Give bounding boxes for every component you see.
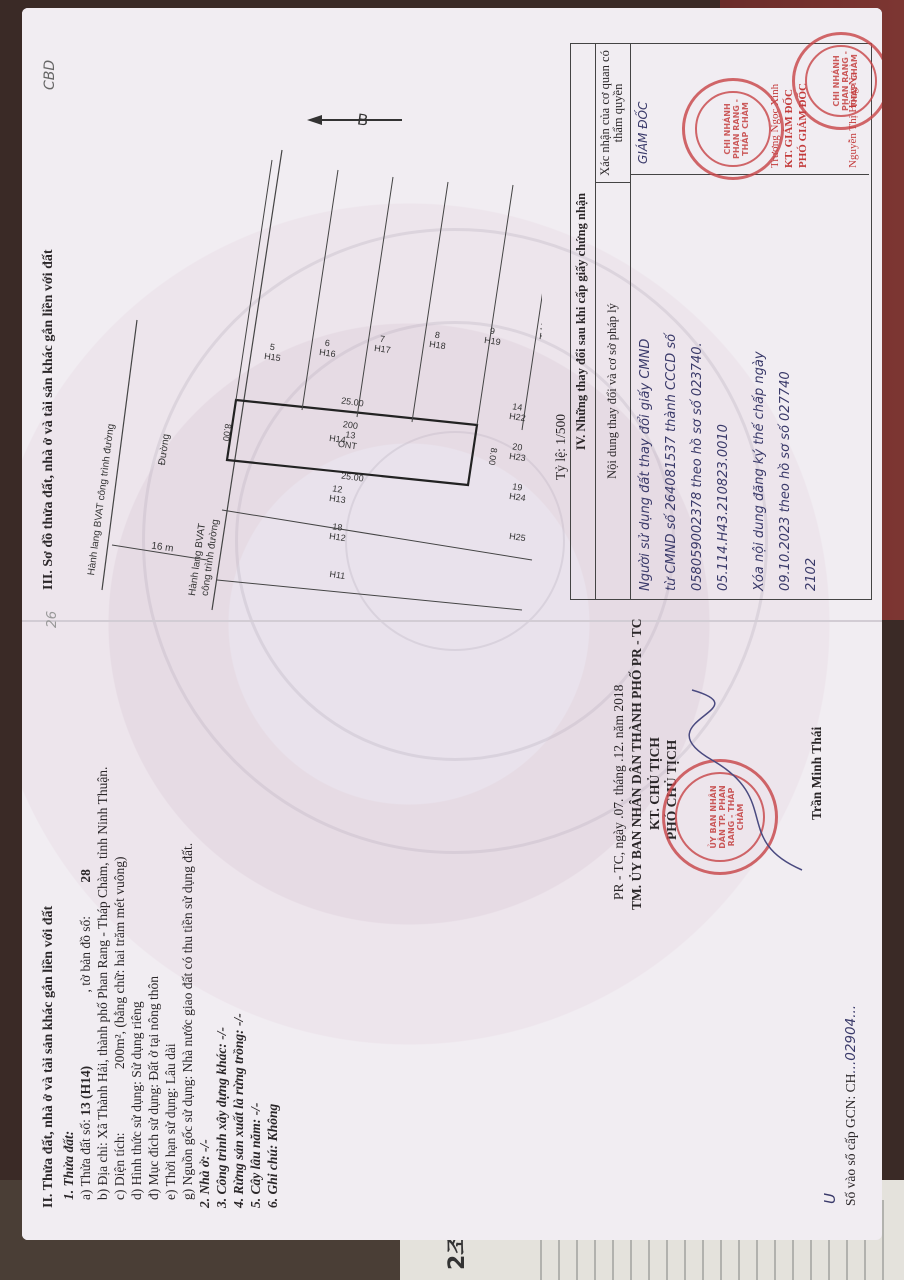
svg-text:H18: H18 — [429, 339, 447, 351]
col-changes-header: Nội dung thay đổi và cơ sở pháp lý — [596, 182, 630, 599]
svg-text:19: 19 — [512, 481, 523, 492]
svg-text:H17: H17 — [374, 343, 392, 355]
usage-form: d) Hình thức sử dụng: Sử dụng riêng — [128, 1001, 145, 1200]
notes: 6. Ghi chú: Không — [264, 1104, 281, 1208]
registry-office-stamp-2: CHI NHÁNH PHAN RANG - THÁP CHÀM — [792, 32, 882, 130]
svg-text:25.00: 25.00 — [341, 471, 365, 484]
svg-text:H25: H25 — [509, 531, 527, 543]
house: 2. Nhà ở: -/- — [196, 1139, 213, 1208]
section4-title: IV. Những thay đổi sau khi cấp giấy chứn… — [571, 44, 595, 599]
change-entry-line: Người sử dụng đất thay đổi giấy CMND — [637, 339, 654, 591]
svg-text:H15: H15 — [264, 351, 282, 363]
registry-office-stamp-1-text: CHI NHÁNH PHAN RANG - THÁP CHÀM — [723, 81, 750, 177]
usage-term: e) Thời hạn sử dụng: Lâu dài — [162, 1043, 179, 1200]
svg-text:20: 20 — [512, 441, 523, 452]
svg-text:18: 18 — [332, 521, 343, 532]
svg-text:9: 9 — [489, 326, 495, 337]
svg-text:8.00: 8.00 — [487, 447, 499, 466]
scale-label: Tỷ lệ: 1/500 — [552, 414, 569, 480]
registry-row: Số vào sổ cấp GCN: CH...02904... — [842, 1005, 860, 1206]
rotated-content: II. Thửa đất, nhà ở và tài sản khác gắn … — [22, 8, 882, 1240]
col-verification-header: Xác nhận của cơ quan có thẩm quyền — [596, 44, 630, 182]
svg-text:200: 200 — [342, 419, 358, 431]
svg-text:H16: H16 — [319, 347, 337, 359]
area-label: c) Diện tích: — [112, 1133, 127, 1200]
usage-origin: g) Nguồn gốc sử dụng: Nhà nước giao đất … — [179, 843, 196, 1200]
registry-value: ...02904... — [843, 1005, 859, 1074]
verify1-role: GIÁM ĐỐC — [635, 102, 652, 164]
change-entry-line: Xóa nội dung đăng ký thế chấp ngày — [751, 351, 768, 591]
address: b) Địa chỉ: Xã Thành Hải, thành phố Phan… — [94, 767, 111, 1200]
parcel-row: a) Thửa đất số: 13 (H14) , tờ bản đồ số:… — [77, 869, 94, 1200]
signer-role-1: KT. CHỦ TỊCH — [646, 737, 663, 830]
svg-text:16 m: 16 m — [151, 541, 175, 555]
registry-mark: U — [822, 1193, 839, 1204]
land-heading: 1. Thửa đất: — [60, 1131, 77, 1200]
place-date: PR - TC, ngày .07. tháng .12. năm 2018 — [610, 685, 627, 900]
area-row: c) Diện tích: 200m², (bằng chữ: hai trăm… — [111, 856, 128, 1200]
svg-text:Đường: Đường — [157, 433, 172, 466]
changes-table-title-row: IV. Những thay đổi sau khi cấp giấy chứn… — [571, 44, 596, 599]
forest: 4. Rừng sản xuất là rừng trồng: -/- — [230, 1013, 247, 1208]
signer-name: Trần Minh Thái — [808, 727, 825, 820]
other-construction: 3. Công trình xây dựng khác: -/- — [213, 1027, 230, 1208]
changes-content-cell: Người sử dụng đất thay đổi giấy CMNDtừ C… — [631, 174, 869, 599]
land-certificate-sheet: II. Thửa đất, nhà ở và tài sản khác gắn … — [22, 8, 882, 1240]
perennial: 5. Cây lâu năm: -/- — [247, 1103, 264, 1208]
registry-label: Số vào sổ cấp GCN: CH — [843, 1074, 858, 1206]
page-mark: 26 — [44, 611, 61, 628]
svg-text:7: 7 — [379, 334, 385, 345]
svg-text:H12: H12 — [329, 531, 347, 543]
map-sheet-value: 28 — [78, 869, 93, 883]
svg-text:H24: H24 — [509, 491, 527, 503]
svg-text:H11: H11 — [329, 569, 346, 581]
corner-mark: CBD — [42, 60, 59, 90]
svg-text:13: 13 — [345, 429, 356, 440]
parcel-value: 13 (H14) — [78, 1066, 93, 1116]
change-entry-line: từ CMND số 264081537 thành CCCD số — [663, 334, 680, 591]
svg-text:Hành lang BVAT công trình đườn: Hành lang BVAT công trình đường — [86, 423, 117, 576]
svg-text:ONT: ONT — [337, 439, 358, 452]
svg-text:14: 14 — [512, 401, 523, 412]
svg-text:25.00: 25.00 — [341, 396, 365, 409]
svg-text:H20: H20 — [539, 331, 542, 343]
svg-text:6: 6 — [324, 338, 330, 349]
registry-office-stamp-2-text: CHI NHÁNH PHAN RANG - THÁP CHÀM — [832, 35, 859, 127]
change-entry-line: 2102 — [803, 558, 820, 591]
registry-office-stamp-1: CHI NHÁNH PHAN RANG - THÁP CHÀM — [682, 78, 784, 180]
svg-text:H22: H22 — [509, 411, 527, 423]
change-entry-line: 05.114.H43.210823.0010 — [715, 424, 732, 591]
svg-text:5: 5 — [269, 342, 275, 353]
issuing-org: TM. ỦY BAN NHÂN DÂN THÀNH PHỐ PR - TC — [628, 618, 645, 910]
changes-table-header-row: Nội dung thay đổi và cơ sở pháp lý Xác n… — [596, 44, 631, 599]
svg-text:8.00: 8.00 — [221, 423, 233, 442]
signature-scribble — [672, 680, 822, 880]
change-entry-line: 058059002378 theo hồ sơ số 023740. — [689, 342, 706, 591]
svg-text:B: B — [356, 111, 369, 129]
section3-title: III. Sơ đồ thửa đất, nhà ở và tài sản kh… — [40, 249, 57, 590]
svg-text:8: 8 — [434, 330, 440, 341]
svg-text:H23: H23 — [509, 451, 527, 463]
svg-text:H19: H19 — [484, 335, 502, 347]
parcel-diagram: Hành lang BVAT công trình đườngHành lang… — [82, 40, 542, 620]
svg-text:H13: H13 — [329, 493, 347, 505]
map-sheet-label: , tờ bản đồ số: — [78, 916, 93, 993]
change-entry-line: 09.10.2023 theo hồ sơ số 027740 — [777, 371, 794, 591]
usage-purpose: đ) Mục đích sử dụng: Đất ở tại nông thôn — [145, 976, 162, 1200]
svg-text:12: 12 — [332, 483, 343, 494]
parcel-label: a) Thửa đất số: — [78, 1119, 93, 1200]
section2-title: II. Thửa đất, nhà ở và tài sản khác gắn … — [40, 906, 57, 1208]
area-value: 200m², (bằng chữ: hai trăm mét vuông) — [112, 856, 127, 1069]
